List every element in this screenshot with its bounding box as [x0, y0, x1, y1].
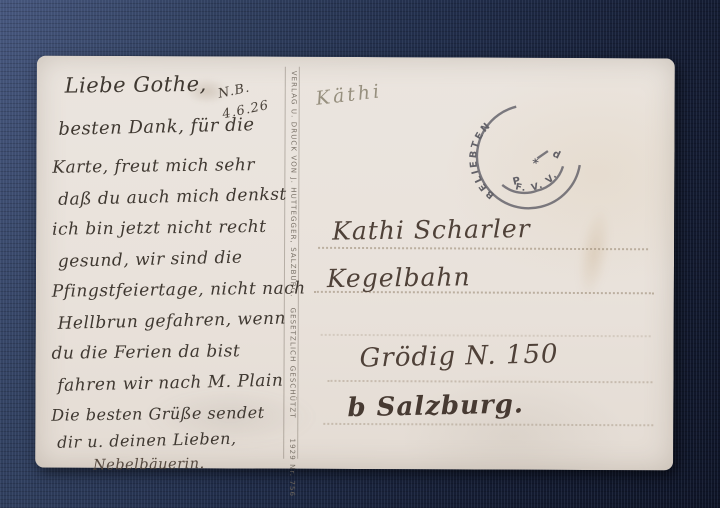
pencil-annotation: Käthi	[315, 80, 384, 110]
postmark-outer-arc	[466, 95, 587, 219]
message-line: Hellbrun gefahren, wenn	[57, 309, 288, 345]
address-street: Kegelbahn	[327, 262, 471, 293]
photo-scene: VERLAG U. DRUCK VON J. HUTTEGGER, SALZBU…	[0, 0, 720, 508]
message-line: du die Ferien da bist	[51, 341, 287, 375]
postmark-letter-mark: P	[512, 175, 522, 187]
postmark-arc-text: BELIEBTEN	[459, 118, 511, 203]
address-town: Grödig N. 150	[359, 339, 559, 373]
message-signature: Nebelbäuerin.	[93, 455, 287, 482]
message-line: dir u. deinen Lieben,	[57, 427, 288, 458]
address-dotted-line	[321, 334, 651, 337]
address-dotted-line	[323, 423, 653, 426]
address-region: b Salzburg.	[347, 389, 524, 423]
address-dotted-line	[327, 380, 652, 383]
postmark-stamp: BELIEBTEN F. V. V. * d P	[459, 87, 598, 226]
postcard: VERLAG U. DRUCK VON J. HUTTEGGER, SALZBU…	[35, 56, 675, 471]
message-line: besten Dank, für die	[58, 114, 289, 159]
message-block: Liebe Gothe, besten Dank, für die Karte,…	[51, 72, 289, 481]
message-line: ich bin jetzt nicht recht	[52, 217, 288, 251]
postmark-dash	[536, 151, 549, 158]
address-dotted-line	[318, 247, 648, 250]
postmark-letter-mark: d	[551, 149, 562, 162]
address-recipient-name: Kathi Scharler	[332, 214, 531, 246]
message-line: fahren wir nach M. Plain	[57, 370, 288, 406]
message-line: Karte, freut mich sehr	[52, 155, 288, 189]
message-line: gesund, wir sind die	[58, 247, 289, 283]
message-line: Pfingstfeiertage, nicht nach	[52, 279, 288, 313]
message-line: daß du auch mich denkst	[58, 185, 289, 221]
